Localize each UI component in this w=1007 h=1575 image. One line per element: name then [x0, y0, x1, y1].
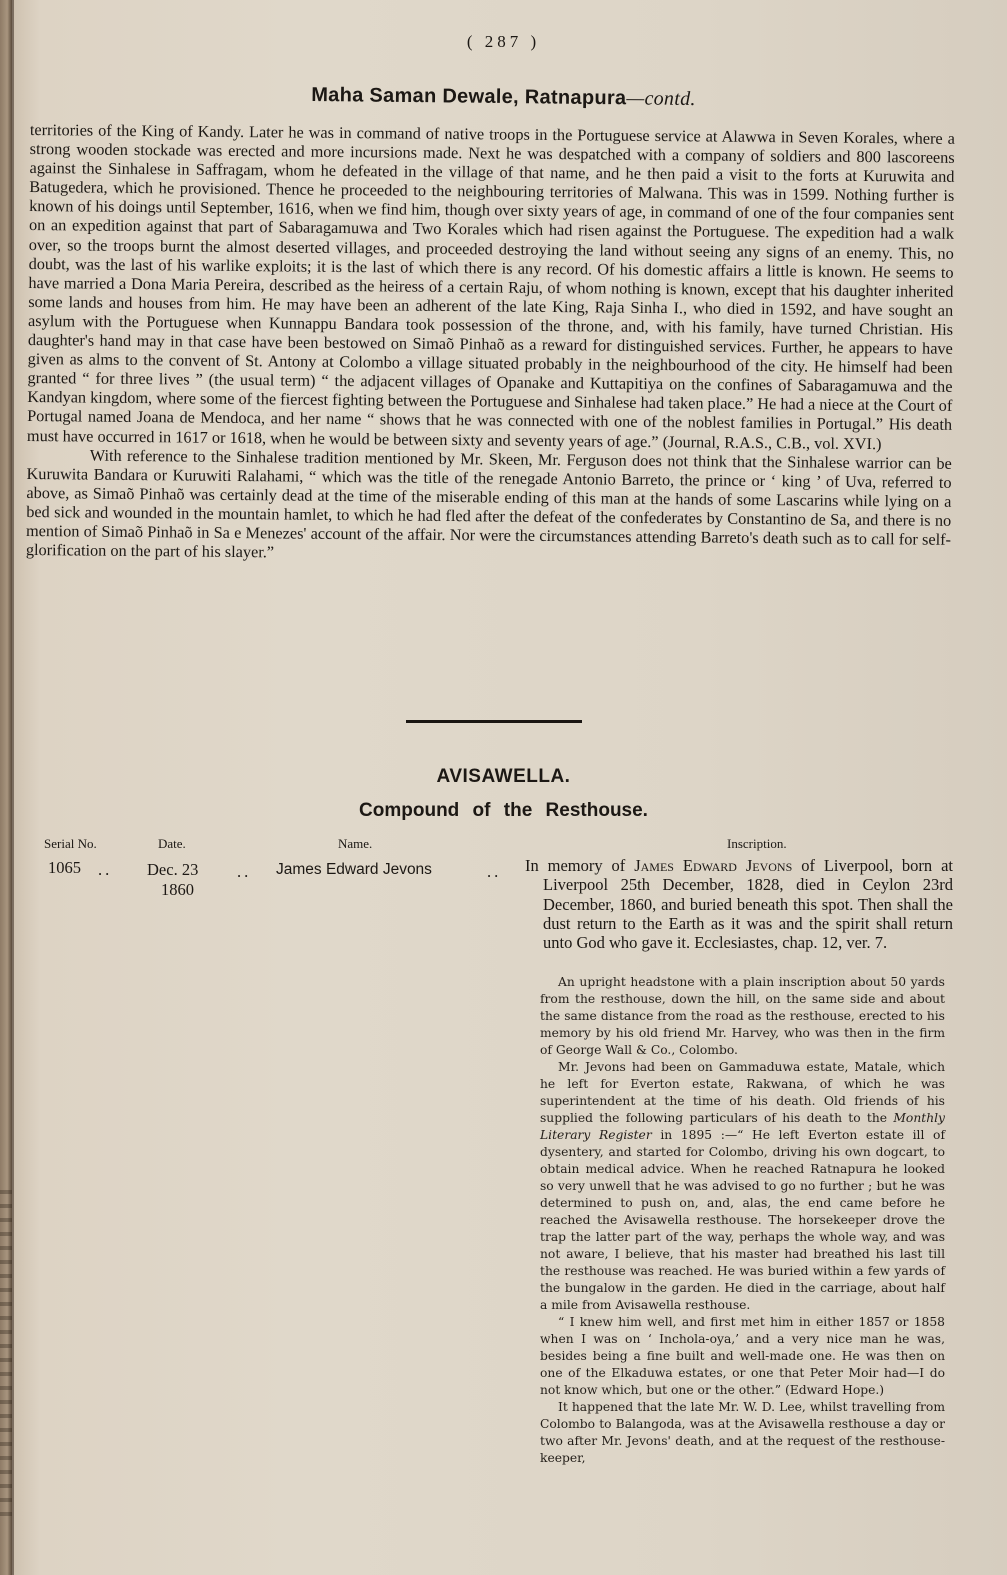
note-text: in 1895 :—“ He left Everton estate ill o…	[540, 1128, 945, 1312]
date-year: 1860	[161, 880, 194, 900]
inscription-notes: An upright headstone with a plain inscri…	[540, 974, 945, 1467]
section-divider	[406, 720, 582, 723]
column-header-date: Date.	[158, 836, 186, 852]
date-day: Dec. 23	[147, 860, 198, 880]
place-title: AVISAWELLA.	[0, 766, 1007, 788]
note-paragraph: An upright headstone with a plain inscri…	[540, 974, 945, 1059]
column-header-serial: Serial No.	[44, 836, 97, 852]
note-paragraph: Mr. Jevons had been on Gammaduwa estate,…	[540, 1059, 945, 1314]
serial-number: 1065	[48, 858, 81, 878]
leader-dots: ..	[237, 862, 251, 882]
leader-dots: ..	[487, 862, 501, 882]
section-title-suffix: —contd.	[626, 87, 696, 110]
leader-dots: ..	[98, 860, 112, 880]
body-paragraph: With reference to the Sinhalese traditio…	[26, 445, 952, 568]
note-paragraph: It happened that the late Mr. W. D. Lee,…	[540, 1399, 945, 1467]
note-paragraph: “ I knew him well, and first met him in …	[540, 1314, 945, 1399]
body-paragraph: territories of the King of Kandy. Later …	[27, 120, 955, 453]
person-name: James Edward Jevons	[276, 860, 432, 880]
section-title: Maha Saman Dewale, Ratnapura—contd.	[0, 81, 1007, 115]
section-title-text: Maha Saman Dewale, Ratnapura	[311, 84, 626, 109]
inscription-name: James Edward Jevons	[634, 856, 792, 875]
page-number: ( 287 )	[0, 32, 1007, 52]
column-header-inscription: Inscription.	[727, 836, 787, 852]
place-subtitle: Compound of the Resthouse.	[0, 800, 1007, 822]
inscription-pre: In memory of	[525, 856, 634, 875]
note-text: Mr. Jevons had been on Gammaduwa estate,…	[540, 1060, 945, 1125]
facing-page-edge	[0, 1190, 12, 1520]
column-header-name: Name.	[338, 836, 372, 852]
body-text: territories of the King of Kandy. Later …	[26, 120, 955, 568]
inscription-text: In memory of James Edward Jevons of Live…	[525, 856, 953, 952]
